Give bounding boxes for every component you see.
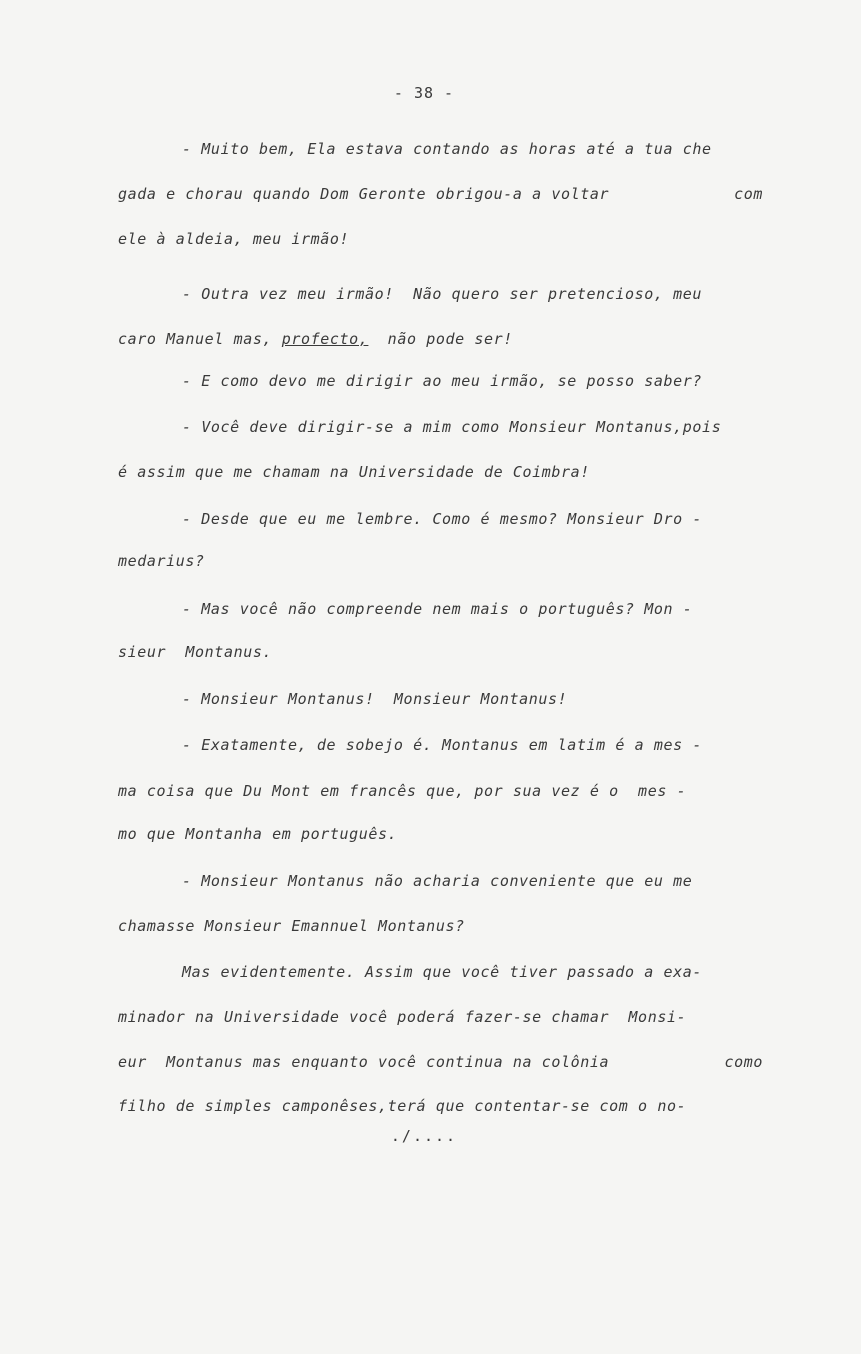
text-line: chamasse Monsieur Emannuel Montanus? — [118, 917, 763, 935]
text-line: minador na Universidade você poderá faze… — [118, 1008, 763, 1026]
text-line: ele à aldeia, meu irmão! — [118, 230, 763, 248]
text-line: - Você deve dirigir-se a mim como Monsie… — [182, 418, 762, 436]
text-line: é assim que me chamam na Universidade de… — [118, 463, 763, 481]
text-line: - Monsieur Montanus não acharia convenie… — [182, 872, 762, 890]
text-line: eur Montanus mas enquanto você continua … — [118, 1053, 763, 1071]
continuation-mark: ./.... — [0, 1127, 848, 1145]
text-line: - E como devo me dirigir ao meu irmão, s… — [182, 372, 762, 390]
text-line: mo que Montanha em português. — [118, 825, 763, 843]
text-line: Mas evidentemente. Assim que você tiver … — [182, 963, 762, 981]
text-line: - Desde que eu me lembre. Como é mesmo? … — [182, 510, 762, 528]
text-line: ma coisa que Du Mont em francês que, por… — [118, 782, 763, 800]
text-line: caro Manuel mas, profecto, não pode ser! — [118, 330, 763, 348]
text-line: - Mas você não compreende nem mais o por… — [182, 600, 762, 618]
text-line: sieur Montanus. — [118, 643, 763, 661]
text-line: - Muito bem, Ela estava contando as hora… — [182, 140, 762, 158]
text-line: - Monsieur Montanus! Monsieur Montanus! — [182, 690, 762, 708]
underlined-word: profecto, — [282, 330, 369, 348]
text-line: - Outra vez meu irmão! Não quero ser pre… — [182, 285, 762, 303]
page-number: - 38 - — [0, 84, 848, 102]
text-line: gada e chorau quando Dom Geronte obrigou… — [118, 185, 763, 203]
typewritten-page: - 38 - - Muito bem, Ela estava contando … — [0, 0, 861, 1354]
text-line: filho de simples camponêses,terá que con… — [118, 1097, 763, 1115]
text-line: - Exatamente, de sobejo é. Montanus em l… — [182, 736, 762, 754]
text-line: medarius? — [118, 552, 763, 570]
